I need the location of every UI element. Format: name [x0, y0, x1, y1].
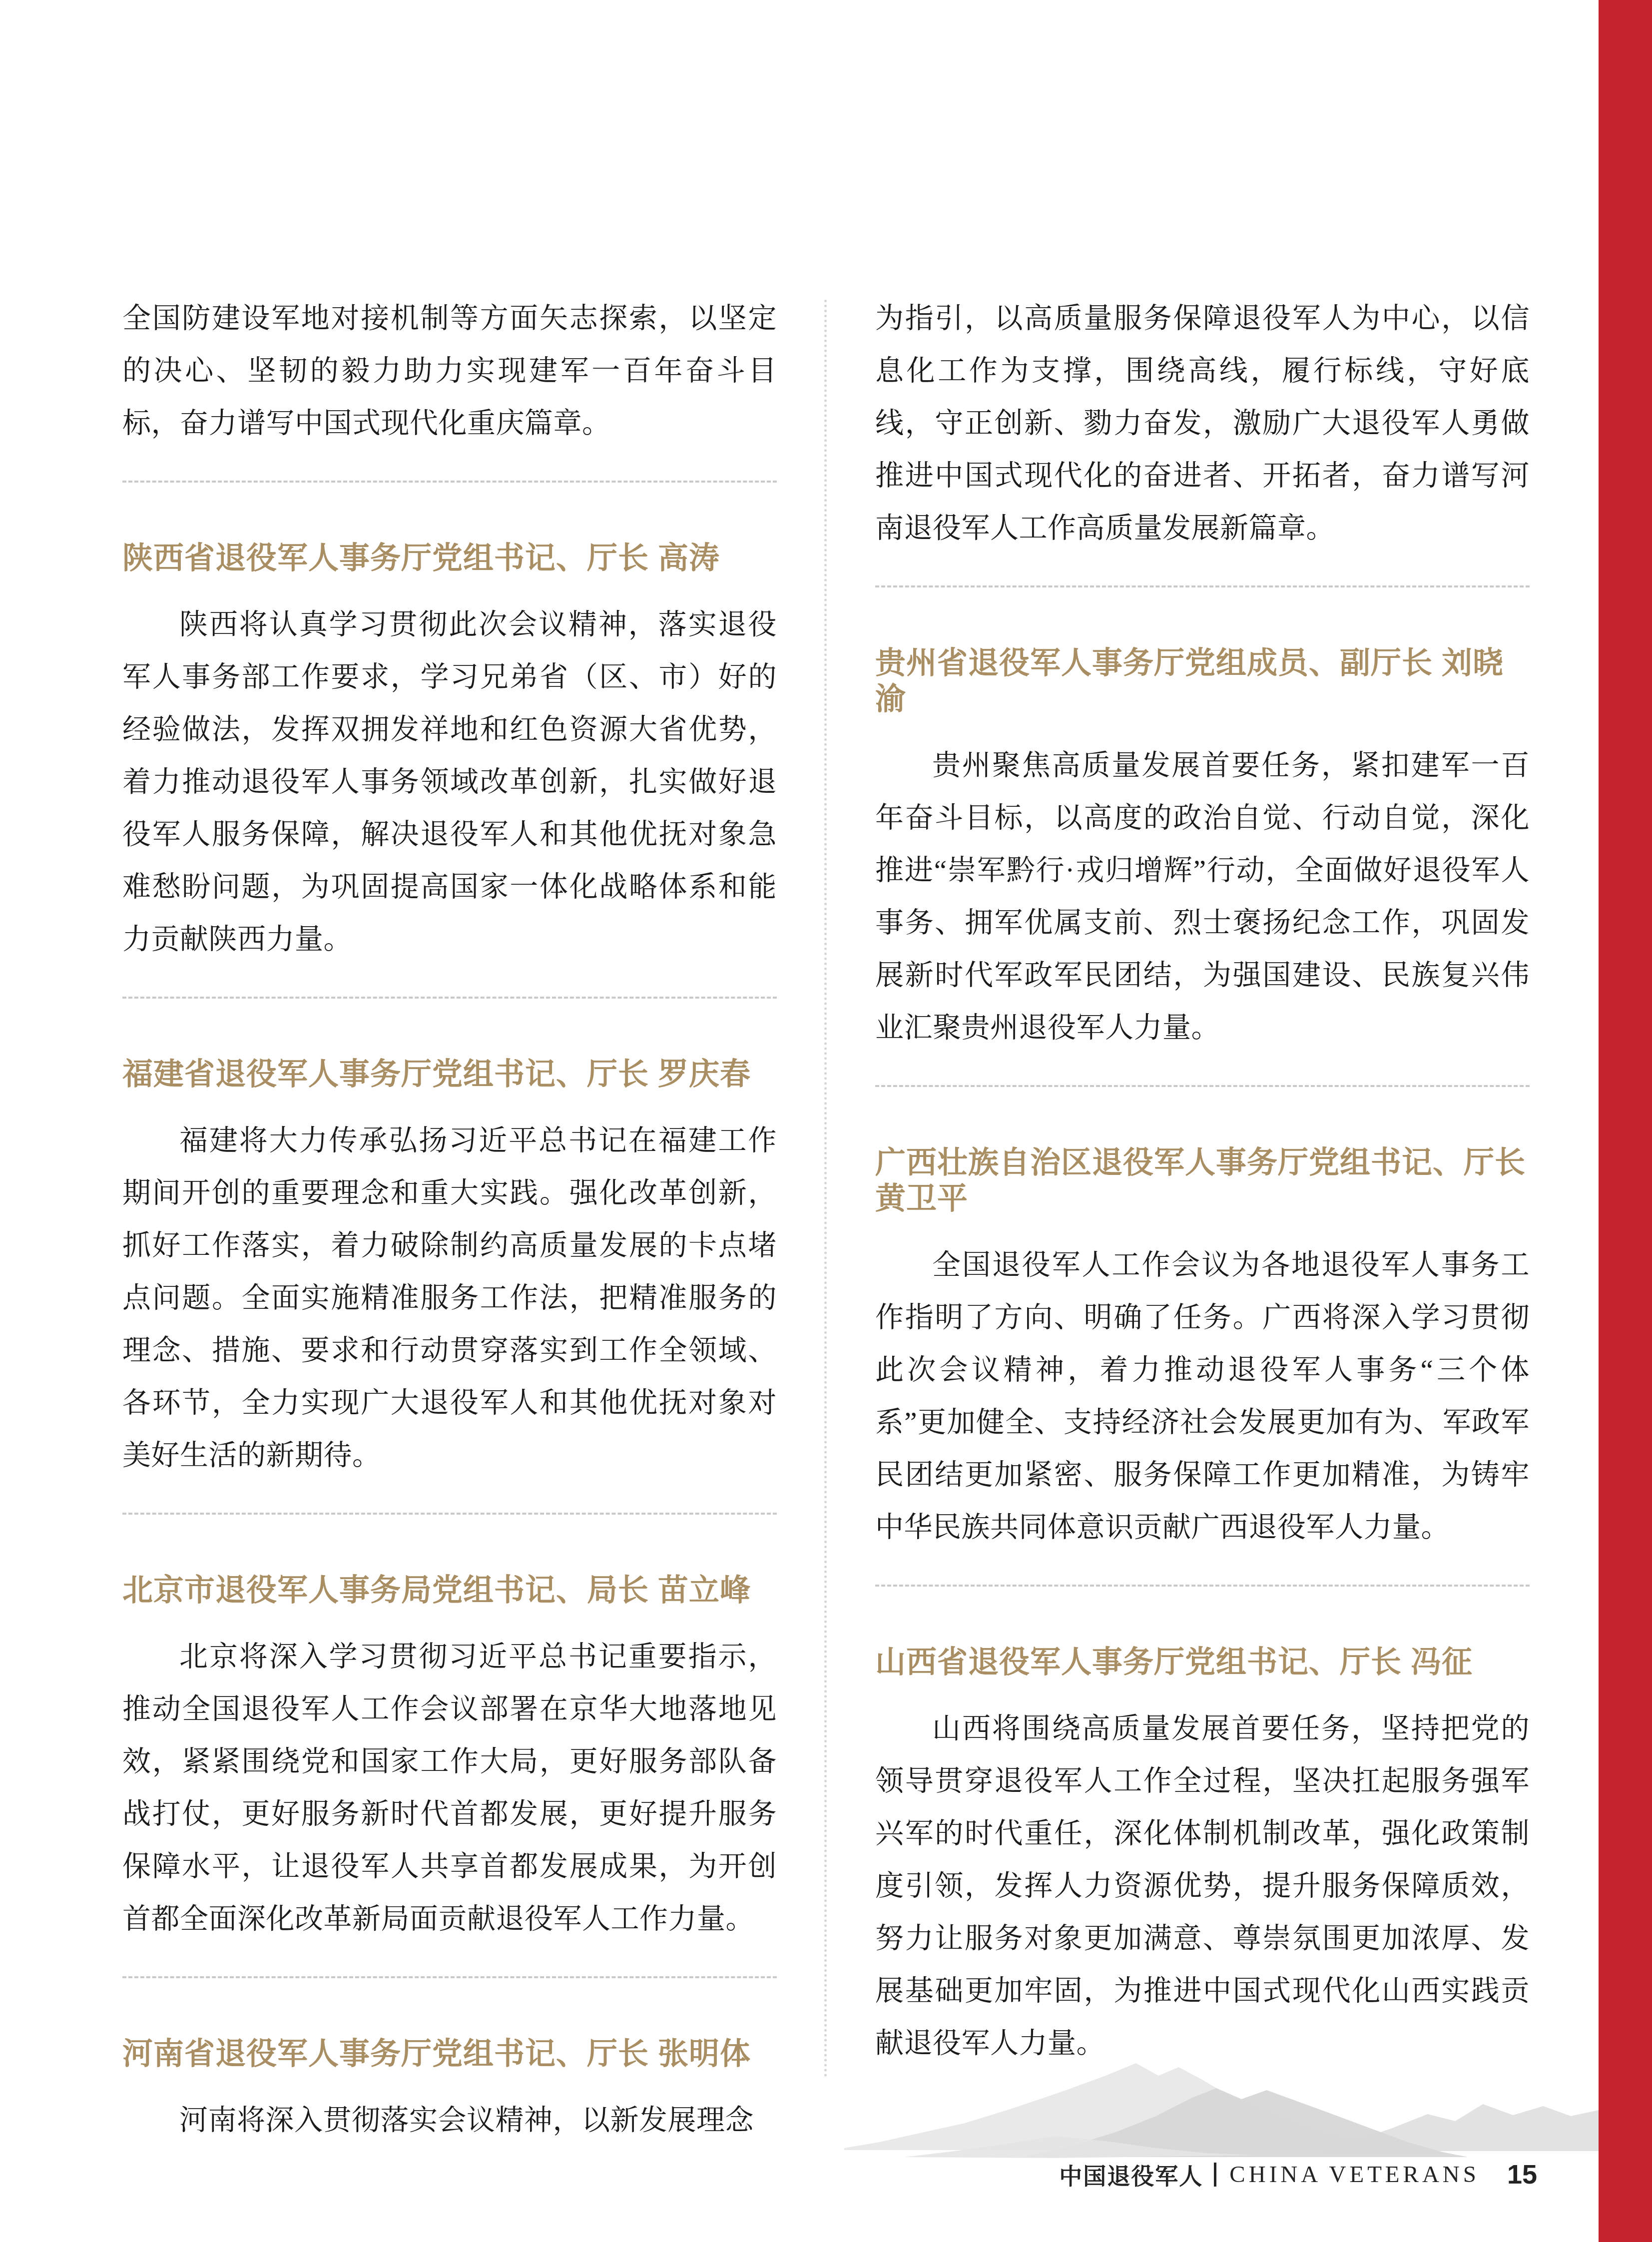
section-separator	[122, 1513, 777, 1515]
section-separator	[122, 1976, 777, 1978]
paragraph-shanxi: 山西将围绕高质量发展首要任务，坚持把党的领导贯穿退役军人工作全过程，坚决扛起服务…	[875, 1702, 1530, 2070]
paragraph-beijing: 北京将深入学习贯彻习近平总书记重要指示，推动全国退役军人工作会议部署在京华大地落…	[122, 1631, 777, 1945]
ink-mountain-watermark	[844, 2048, 1599, 2168]
heading-henan: 河南省退役军人事务厅党组书记、厅长 张明体	[122, 2036, 777, 2072]
heading-shaanxi: 陕西省退役军人事务厅党组书记、厅长 高涛	[122, 540, 777, 576]
heading-shanxi: 山西省退役军人事务厅党组书记、厅长 冯征	[875, 1644, 1530, 1680]
paragraph-guangxi: 全国退役军人工作会议为各地退役军人事务工作指明了方向、明确了任务。广西将深入学习…	[875, 1239, 1530, 1554]
column-divider-dotted	[824, 300, 827, 2078]
page-edge-red-band	[1599, 0, 1652, 2242]
footer-magazine-name-en: CHINA VETERANS	[1229, 2161, 1480, 2188]
page-footer: 中国退役军人 CHINA VETERANS 15	[1059, 2158, 1537, 2191]
heading-guangxi: 广西壮族自治区退役军人事务厅党组书记、厅长 黄卫平	[875, 1144, 1530, 1216]
section-separator	[875, 585, 1530, 587]
footer-magazine-name-cn: 中国退役军人	[1059, 2158, 1203, 2191]
section-separator	[122, 481, 777, 483]
footer-divider-bar	[1214, 2163, 1216, 2187]
paragraph-henan: 河南将深入贯彻落实会议精神，以新发展理念	[122, 2094, 777, 2147]
page-number: 15	[1507, 2159, 1537, 2190]
paragraph-chongqing-continuation: 全国防建设军地对接机制等方面矢志探索，以坚定的决心、坚韧的毅力助力实现建军一百年…	[122, 292, 777, 450]
section-separator	[875, 1085, 1530, 1087]
paragraph-guizhou: 贵州聚焦高质量发展首要任务，紧扣建军一百年奋斗目标，以高度的政治自觉、行动自觉，…	[875, 739, 1530, 1054]
section-separator	[122, 997, 777, 999]
left-column: 全国防建设军地对接机制等方面矢志探索，以坚定的决心、坚韧的毅力助力实现建军一百年…	[122, 292, 777, 2147]
heading-guizhou: 贵州省退役军人事务厅党组成员、副厅长 刘晓渝	[875, 645, 1530, 717]
paragraph-fujian: 福建将大力传承弘扬习近平总书记在福建工作期间开创的重要理念和重大实践。强化改革创…	[122, 1115, 777, 1482]
paragraph-shaanxi: 陕西将认真学习贯彻此次会议精神，落实退役军人事务部工作要求，学习兄弟省（区、市）…	[122, 598, 777, 966]
paragraph-henan-continuation: 为指引，以高质量服务保障退役军人为中心，以信息化工作为支撑，围绕高线，履行标线，…	[875, 292, 1530, 555]
heading-beijing: 北京市退役军人事务局党组书记、局长 苗立峰	[122, 1572, 777, 1608]
section-separator	[875, 1585, 1530, 1587]
heading-fujian: 福建省退役军人事务厅党组书记、厅长 罗庆春	[122, 1056, 777, 1092]
right-column: 为指引，以高质量服务保障退役军人为中心，以信息化工作为支撑，围绕高线，履行标线，…	[875, 292, 1530, 2070]
